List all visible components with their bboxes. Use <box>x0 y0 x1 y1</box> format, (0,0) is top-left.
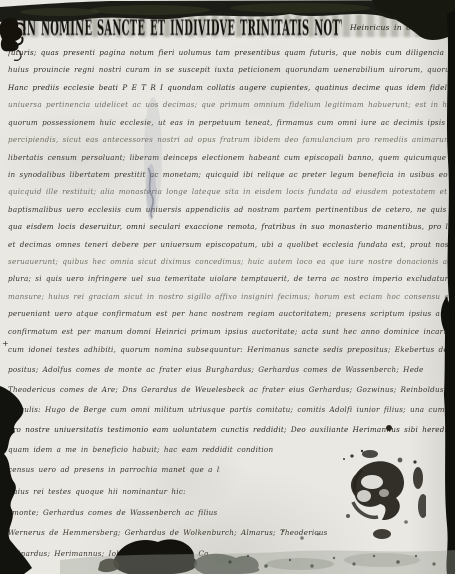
manuscript-line: libertatis censum persoluant; liberam de… <box>8 153 448 166</box>
manuscript-line: et decimas omnes teneri debere per uniue… <box>8 240 448 253</box>
manuscript-line: census uero ad presens in parrochia mane… <box>8 465 220 478</box>
manuscript-line: uniuersa pertinencia uidelicet ac uos de… <box>8 100 448 113</box>
manuscript-line: plura; si quis uero infringere uel sua t… <box>8 274 448 287</box>
witness-list-line: Theodericus comes de Are; Dns Gerardus d… <box>8 385 448 398</box>
witness-list-line: Wernerus de Hemmersberg; Gerhardus de Wo… <box>8 528 328 541</box>
manuscript-line: singulis: Hugo de Berge cum omni militum… <box>8 405 448 418</box>
witness-list-line: monte; Gerhardus comes de Wassenberch ac… <box>12 508 217 521</box>
manuscript-line: quicquid ille restituit; alia monasteria… <box>8 187 448 200</box>
manuscript-line: baptismalibus uero ecclesiis cum uniuers… <box>8 205 448 218</box>
invocation-capitals: IN NOMINE SANCTE ET INDIVIDVE TRINITATIS… <box>22 16 342 43</box>
manuscript-line: percipiendis, sicut eas antecessores nos… <box>8 135 448 148</box>
witness-list-line: huius rei testes quoque hii nominantur h… <box>8 487 186 500</box>
manuscript-line: quam idem a me in beneficio habuit; hac … <box>8 445 273 458</box>
invocation-tail-script: Heinricus in omni regum pietate ta- <box>350 23 455 32</box>
charter-scan: IN NOMINE SANCTE ET INDIVIDVE TRINITATIS… <box>0 0 455 574</box>
manuscript-text: IN NOMINE SANCTE ET INDIVIDVE TRINITATIS… <box>0 0 455 574</box>
manuscript-line: pro nostre uniuersitatis testimonio eam … <box>8 425 448 438</box>
manuscript-line: futuris; quas presenti pagina notum fier… <box>8 48 448 61</box>
witness-list-line: positus; Adolfus comes de monte ac frate… <box>8 365 423 378</box>
manuscript-line: perueniant uero atque confirmatum est pe… <box>8 309 448 322</box>
manuscript-line: Hanc prediis ecclesie beati P E T R I qu… <box>8 83 448 96</box>
manuscript-line: huius prouincie regni nostri curam in se… <box>8 65 448 78</box>
manuscript-line: in synodalibus libertatem prestitit ac m… <box>8 170 448 183</box>
manuscript-line: qua eisdem locis deseruitur, omni secula… <box>8 222 448 235</box>
manuscript-line: mansure; huius rei graciam sicut in nost… <box>8 292 448 305</box>
manuscript-line: seruauerunt; quibus hec omnia sicut dixi… <box>8 257 448 270</box>
manuscript-line: quorum possessionem huic ecclesie, ut ea… <box>8 118 448 131</box>
dating-clause-line: confirmatum est per manum domni Heinrici… <box>8 327 448 340</box>
witness-list-line: Reinardus; Herimannus; Iohannes; Gerhard… <box>8 549 208 562</box>
witness-list-line: cum idonei testes adhibiti, quorum nomin… <box>8 345 448 358</box>
invocation-line: IN NOMINE SANCTE ET INDIVIDVE TRINITATIS… <box>22 16 448 42</box>
